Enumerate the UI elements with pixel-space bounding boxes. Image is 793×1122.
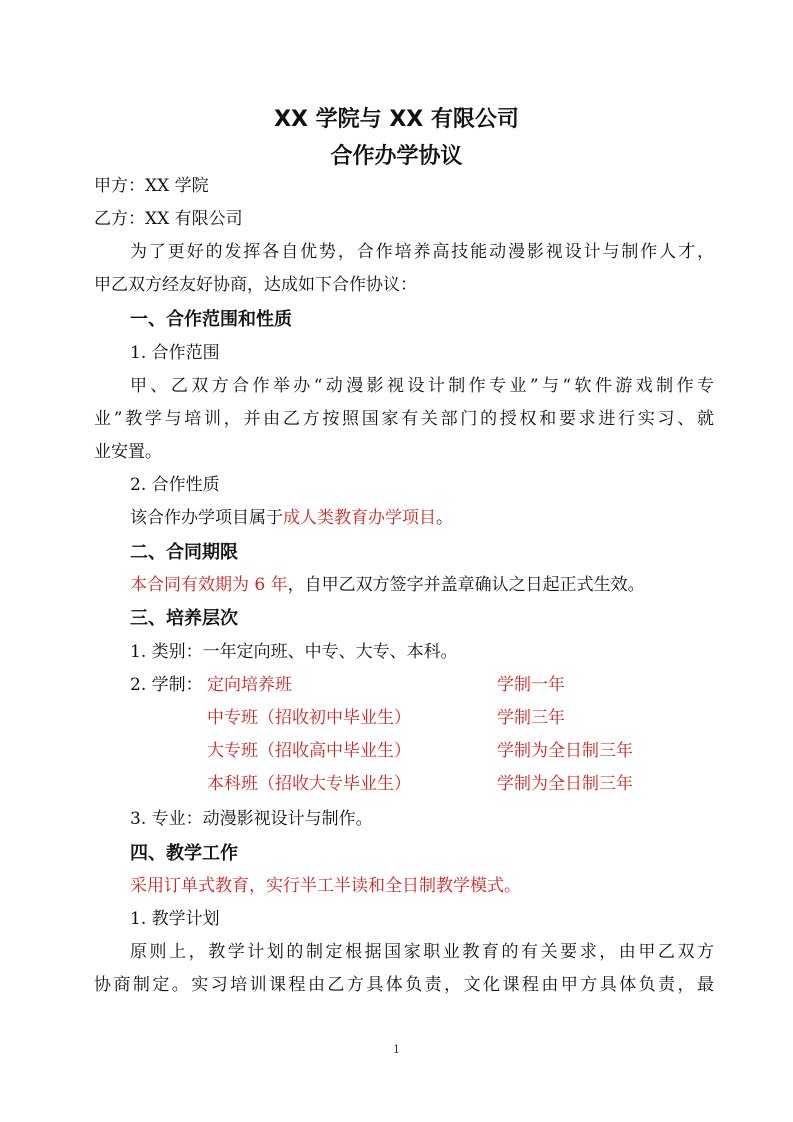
intro-line-2: 甲乙双方经友好协商，达成如下合作协议： xyxy=(94,269,714,302)
program-duration-3: 学制为全日制三年 xyxy=(497,735,793,768)
party-b: 乙方：XX 有限公司 xyxy=(94,203,714,236)
section4-sub1-line2: 协商制定。实习培训课程由乙方具体负责，文化课程由甲方具体负责，最 xyxy=(94,969,714,1002)
party-a: 甲方：XX 学院 xyxy=(94,170,714,203)
section1-sub2-title: 2. 合作性质 xyxy=(130,469,750,502)
section2-heading: 二、合同期限 xyxy=(130,536,750,569)
section4-sub1-title: 1. 教学计划 xyxy=(130,903,750,936)
program-duration-4: 学制为全日制三年 xyxy=(497,768,793,801)
document-title-line2: 合作办学协议 xyxy=(0,139,793,170)
section1-sub1-line1: 甲、乙双方合作举办“动漫影视设计制作专业”与“软件游戏制作专 xyxy=(130,370,714,403)
section1-heading: 一、合作范围和性质 xyxy=(130,303,750,336)
section3-item1: 1. 类别：一年定向班、中专、大专、本科。 xyxy=(130,636,750,669)
term-highlight: 本合同有效期为 6 年 xyxy=(130,575,288,595)
section3-item3: 3. 专业：动漫影视设计与制作。 xyxy=(130,803,750,836)
document-title-line1: XX 学院与 XX 有限公司 xyxy=(0,102,793,133)
term-rest: ，自甲乙双方签字并盖章确认之日起正式生效。 xyxy=(288,575,645,595)
section1-sub1-line2: 业”教学与培训，并由乙方按照国家有关部门的授权和要求进行实习、就 xyxy=(94,403,714,436)
sub2-suffix: 。 xyxy=(436,508,453,528)
program-duration-2: 学制三年 xyxy=(497,702,793,735)
section1-sub2-text: 该合作办学项目属于成人类教育办学项目。 xyxy=(130,502,750,535)
program-duration-1: 学制一年 xyxy=(497,669,793,702)
section4-sub1-line1: 原则上，教学计划的制定根据国家职业教育的有关要求，由甲乙双方 xyxy=(130,936,714,969)
document-page: XX 学院与 XX 有限公司 合作办学协议 甲方：XX 学院 乙方：XX 有限公… xyxy=(0,0,793,1122)
section3-heading: 三、培养层次 xyxy=(130,602,750,635)
section1-sub1-title: 1. 合作范围 xyxy=(130,337,750,370)
section4-heading: 四、教学工作 xyxy=(130,837,750,870)
page-number: 1 xyxy=(0,1043,793,1056)
intro-line-1: 为了更好的发挥各自优势，合作培养高技能动漫影视设计与制作人才， xyxy=(130,236,714,269)
section4-red-line: 采用订单式教育，实行半工半读和全日制教学模式。 xyxy=(130,870,750,903)
sub2-prefix: 该合作办学项目属于 xyxy=(130,508,283,528)
sub2-highlight: 成人类教育办学项目 xyxy=(283,508,436,528)
section1-sub1-line3: 业安置。 xyxy=(94,436,714,469)
section2-text: 本合同有效期为 6 年，自甲乙双方签字并盖章确认之日起正式生效。 xyxy=(130,569,750,602)
